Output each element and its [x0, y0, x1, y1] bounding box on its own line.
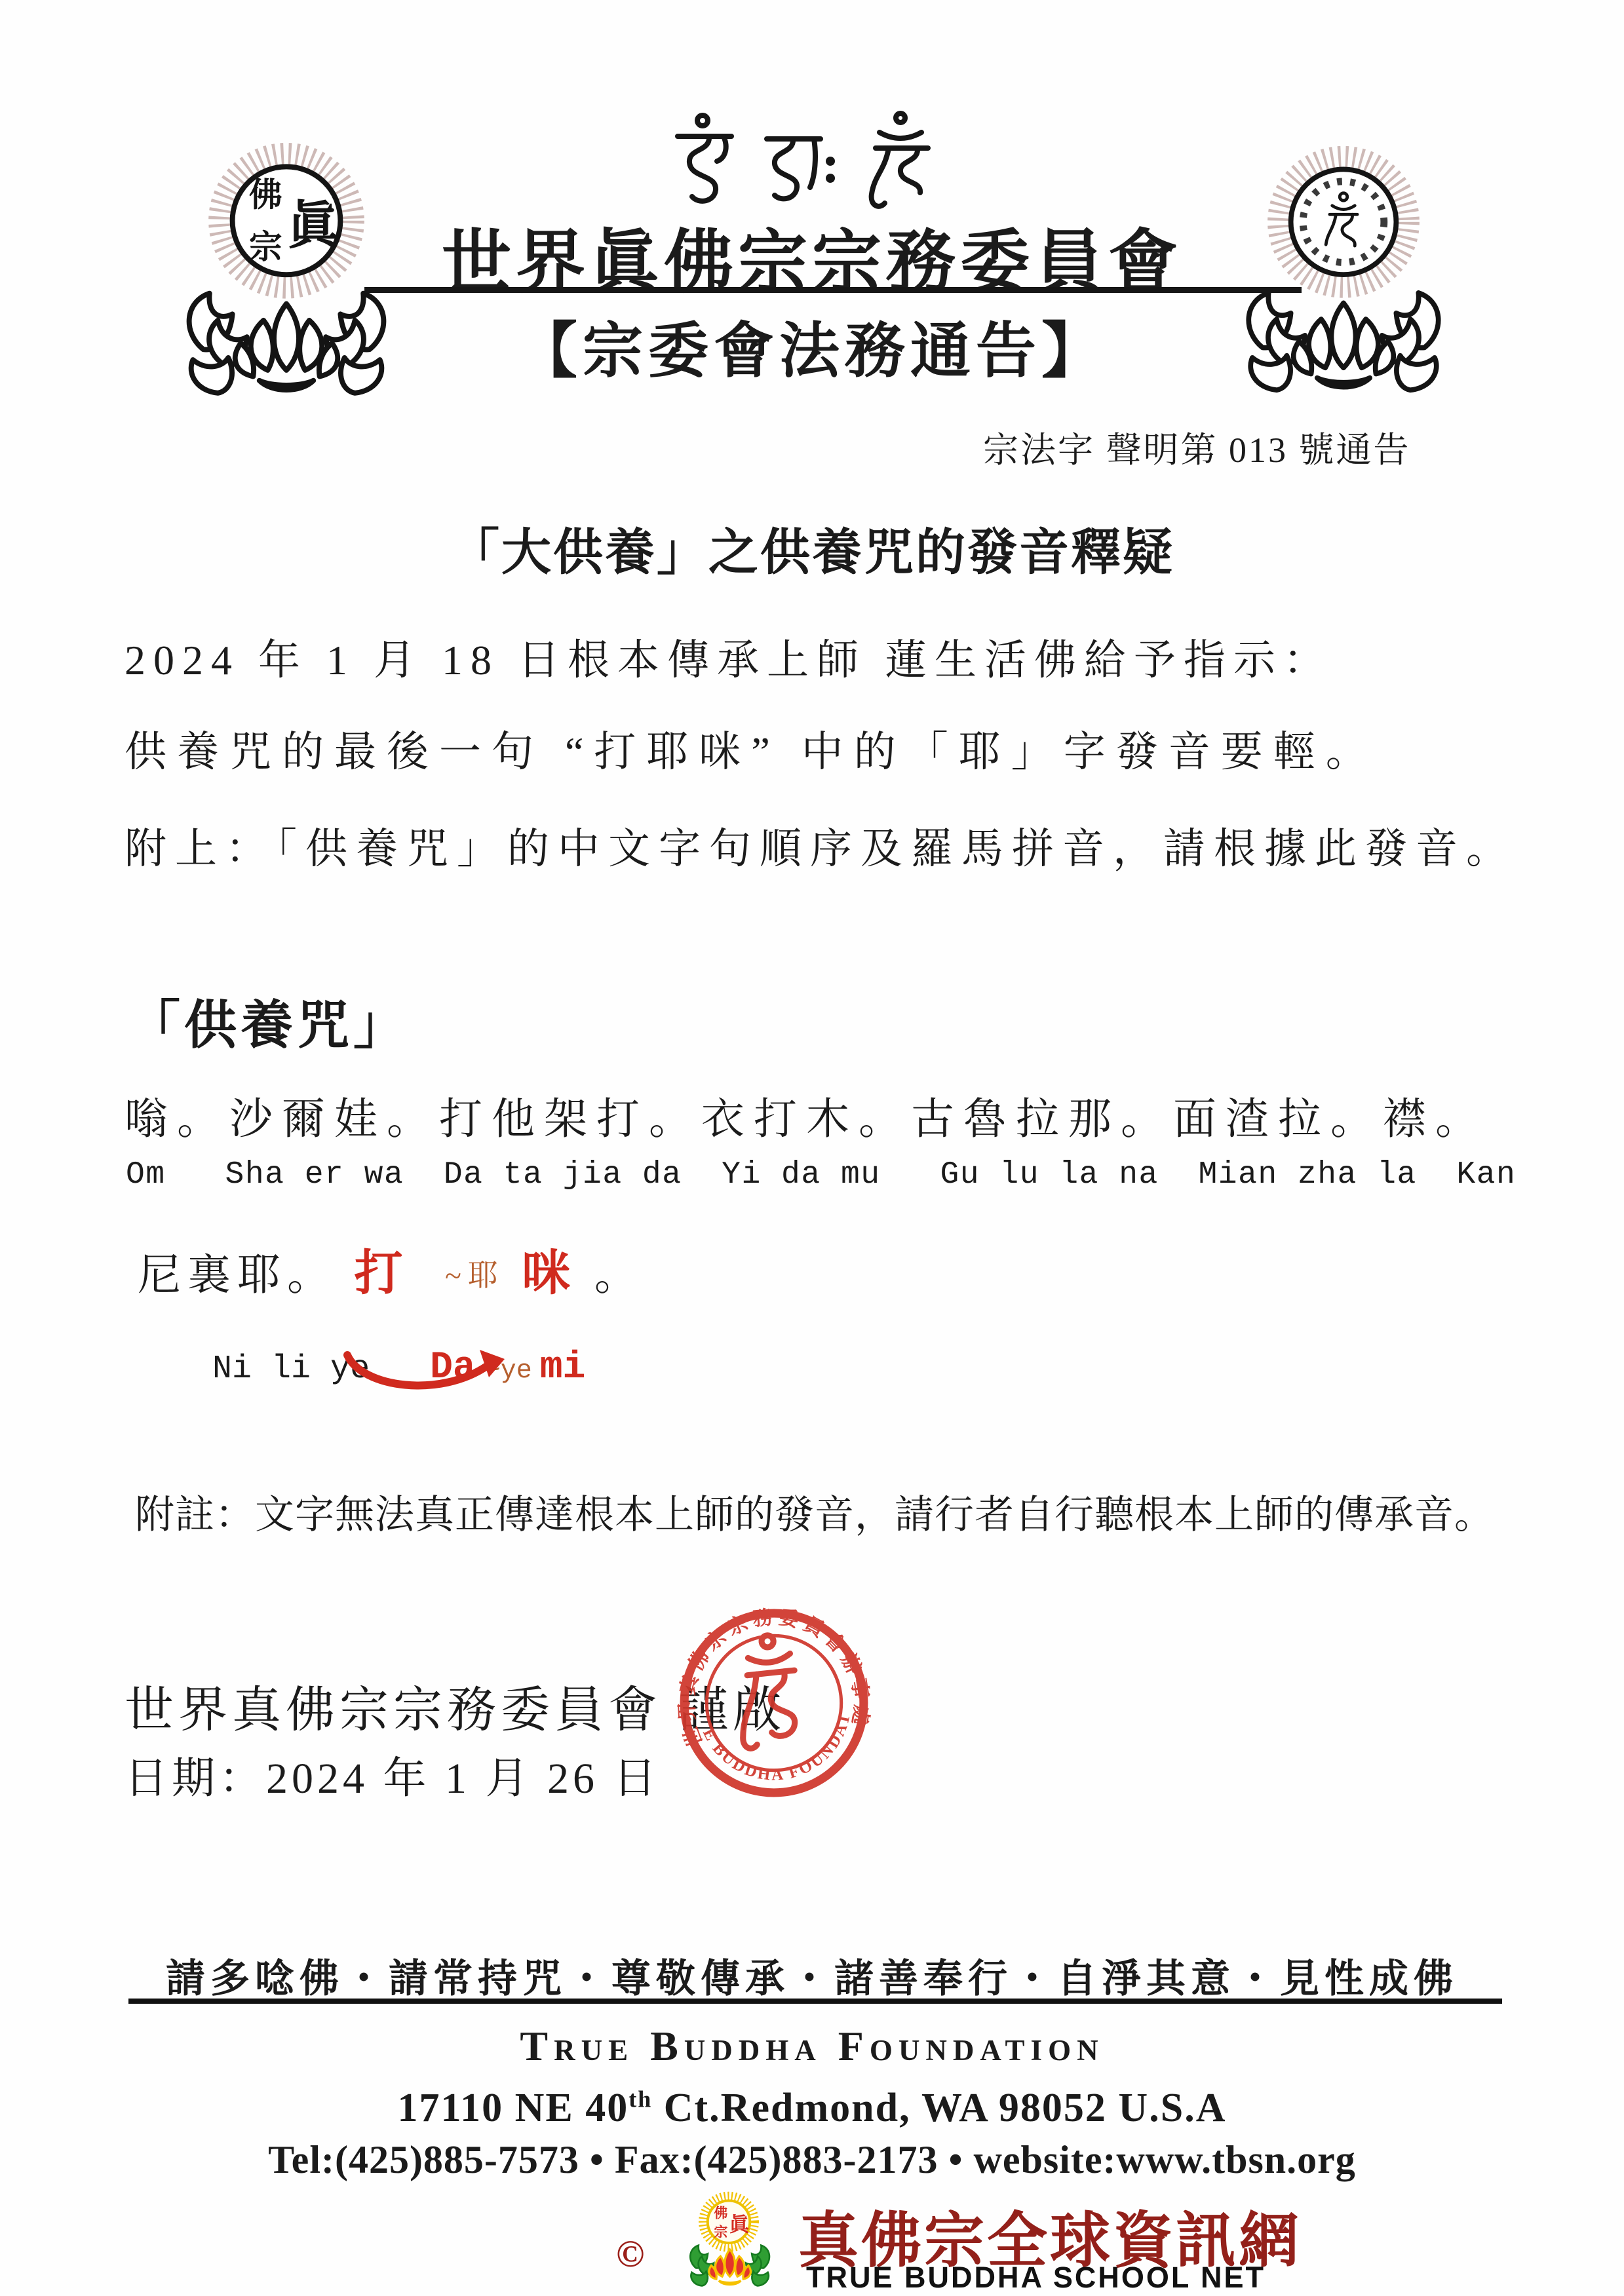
- emblem-char-top: 佛: [714, 2205, 727, 2221]
- emblem-char-right: 眞: [729, 2213, 750, 2236]
- roman2-red-mi: mi: [540, 1347, 586, 1389]
- paragraph-instruction-date: 2024 年 1 月 18 日根本傳承上師 蓮生活佛給予指示：: [125, 626, 1333, 687]
- mantra-line1-chinese: 嗡。沙爾娃。打他架打。衣打木。古魯拉那。面渣拉。襟。: [125, 1084, 1488, 1146]
- title-underline: [364, 287, 1302, 293]
- date-line: 日期：2024 年 1 月 26 日: [125, 1743, 661, 1805]
- contact-line: Tel:(425)885-7573 • Fax:(425)883-2173 • …: [0, 2137, 1624, 2183]
- notice-document-page: 佛 宗 眞: [0, 0, 1624, 2296]
- emblem-char-bottom: 宗: [714, 2224, 727, 2240]
- document-title: 「大供養」之供養咒的發音釋疑: [0, 512, 1624, 584]
- footnote: 附註：文字無法真正傳達根本上師的發音，請行者自行聽根本上師的傳承音。: [135, 1483, 1494, 1540]
- lotus-flower-icon: [709, 2249, 751, 2285]
- mantra2-red-mi: 咪: [522, 1247, 577, 1301]
- mantra2-period: 。: [594, 1252, 644, 1299]
- footer-rule: [128, 1999, 1502, 2004]
- mantra-line2-chinese: 尼裏耶。 打 ~耶 咪 。: [138, 1234, 644, 1304]
- foundation-name: True Buddha Foundation: [0, 2022, 1624, 2071]
- mantra2-black-part: 尼裏耶。: [138, 1252, 337, 1299]
- address-ordinal: th: [628, 2086, 652, 2112]
- address-pre: 17110 NE 40: [398, 2086, 629, 2130]
- site-name-english: TRUE BUDDHA SCHOOL NET: [806, 2261, 1266, 2295]
- address-post: Ct.Redmond, WA 98052 U.S.A: [652, 2086, 1226, 2130]
- mantra-heading: 「供養咒」: [128, 983, 410, 1058]
- mantra2-light-ye: ~耶: [445, 1259, 505, 1292]
- notice-ref-number: 宗法字 聲明第 013 號通告: [983, 422, 1411, 472]
- foundation-address: 17110 NE 40th Ct.Redmond, WA 98052 U.S.A: [0, 2085, 1624, 2132]
- paragraph-pronunciation-rule: 供養咒的最後一句 “打耶咪” 中的「耶」字發音要輕。: [125, 718, 1378, 778]
- copyright-icon: ©: [616, 2232, 644, 2276]
- mantra2-red-da: 打: [355, 1247, 410, 1301]
- tbsn-color-lotus-logo: 佛 宗 眞: [670, 2191, 788, 2295]
- true-buddha-foundation-seal: 世界真佛宗宗務委員會辦事處 TRUE BUDDHA FOUNDATION: [675, 1604, 873, 1802]
- notice-type-banner: 【宗委會法務通告】: [0, 303, 1624, 389]
- paragraph-attachment-note: 附上：「供養咒」的中文字句順序及羅馬拼音，請根據此發音。: [125, 815, 1517, 875]
- seal-seed-syllable-icon: [733, 1633, 802, 1749]
- motto-line: 請多唸佛・請常持咒・尊敬傳承・諸善奉行・自淨其意・見性成佛: [0, 1947, 1624, 2004]
- mantra-line1-romanization: Om Sha er wa Da ta jia da Yi da mu Gu lu…: [126, 1157, 1516, 1193]
- tibetan-seed-syllables-icon: [668, 110, 950, 221]
- pronunciation-link-arrow-icon: [341, 1346, 509, 1400]
